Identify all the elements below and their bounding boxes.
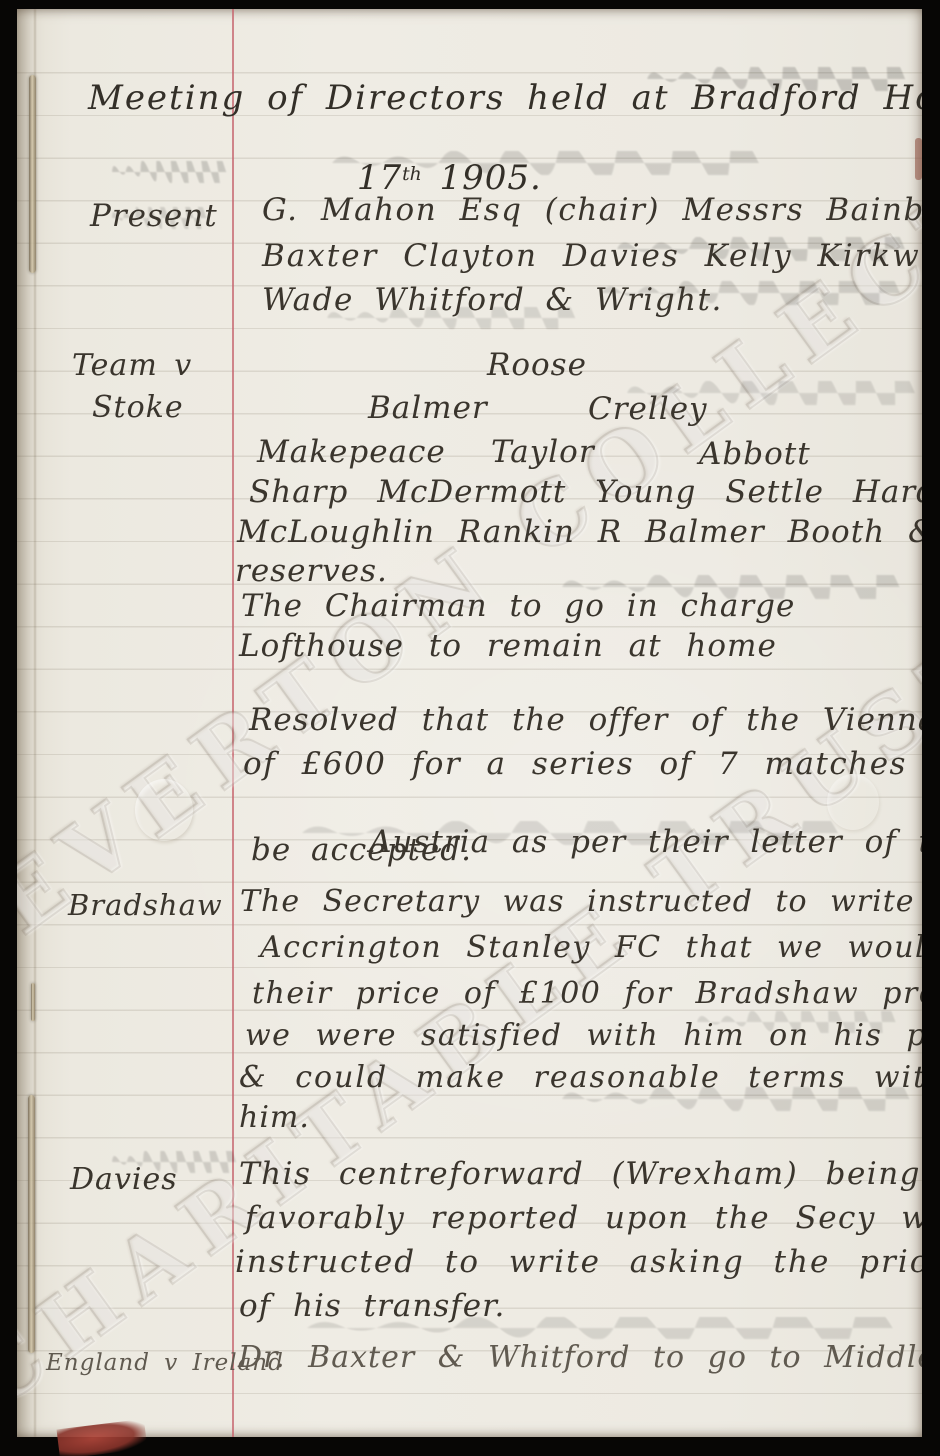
margin-label-stoke: Stoke — [92, 390, 184, 425]
heading-line-1: Meeting of Directors held at Bradford Ho… — [88, 78, 922, 118]
davies-minute-line-1: This centreforward (Wrexham) being — [239, 1156, 921, 1192]
present-line-2: Baxter Clayton Davies Kelly Kirkwood — [262, 238, 922, 274]
minute-book-page: THE EVERTON COLLECTION CHARITABLE TRUST … — [17, 9, 922, 1437]
davies-minute-line-2: favorably reported upon the Secy was — [245, 1200, 922, 1236]
bradshaw-minute-line-2: Accrington Stanley FC that we would pay — [260, 930, 922, 965]
margin-label-davies: Davies — [70, 1162, 178, 1197]
ordinal-suffix: th — [402, 164, 422, 185]
team-forwards-line-1: Sharp McDermott Young Settle Hardman — [249, 474, 922, 510]
bradshaw-minute-line-3: their price of £100 for Bradshaw provide… — [252, 976, 922, 1011]
bradshaw-minute-line-5: & could make reasonable terms with — [239, 1060, 922, 1095]
davies-minute-line-4: of his transfer. — [239, 1288, 505, 1324]
margin-label-bradshaw: Bradshaw — [68, 888, 223, 922]
margin-label-team-v: Team v — [72, 348, 192, 383]
present-line-3: Wade Whitford & Wright. — [262, 282, 723, 318]
team-note-1: The Chairman to go in charge — [241, 588, 795, 624]
team-right-back: Crelley — [588, 391, 708, 427]
team-right-half: Abbott — [699, 436, 811, 472]
vienna-resolution-line-4: be accepted. — [251, 832, 472, 868]
binding-stitch — [28, 1095, 35, 1353]
page-edge-mark — [915, 138, 922, 180]
team-left-half: Makepeace — [257, 434, 446, 470]
team-goalkeeper: Roose — [487, 347, 587, 383]
binding-stitch — [29, 75, 36, 273]
vienna-resolution-line-2: of £600 for a series of 7 matches in — [243, 746, 922, 782]
present-line-1: G. Mahon Esq (chair) Messrs Bainbridge — [262, 192, 922, 228]
davies-minute-line-3: instructed to write asking the price — [235, 1244, 922, 1280]
team-centre-half: Taylor — [491, 434, 595, 470]
ghost-writing — [109, 161, 229, 183]
team-left-back: Balmer — [368, 390, 488, 426]
bradshaw-minute-line-1: The Secretary was instructed to write th… — [240, 884, 922, 919]
scanned-minute-book: THE EVERTON COLLECTION CHARITABLE TRUST … — [0, 0, 940, 1456]
team-forwards-line-2: McLoughlin Rankin R Balmer Booth & Scott — [237, 514, 922, 550]
binding-stitch — [31, 983, 35, 1021]
team-note-2: Lofthouse to remain at home — [239, 628, 777, 664]
bradshaw-minute-line-4: we were satisfied with him on his play — [245, 1018, 922, 1053]
vienna-resolution-line-1: Resolved that the offer of the Vienna F.… — [249, 702, 922, 738]
international-minute-line-1: Dr. Baxter & Whitford to go to Middlesbr… — [238, 1340, 922, 1375]
bradshaw-minute-line-6: him. — [239, 1100, 310, 1135]
team-reserves-note: reserves. — [235, 553, 388, 589]
paper-mark — [135, 779, 193, 841]
margin-label-present: Present — [90, 198, 218, 234]
